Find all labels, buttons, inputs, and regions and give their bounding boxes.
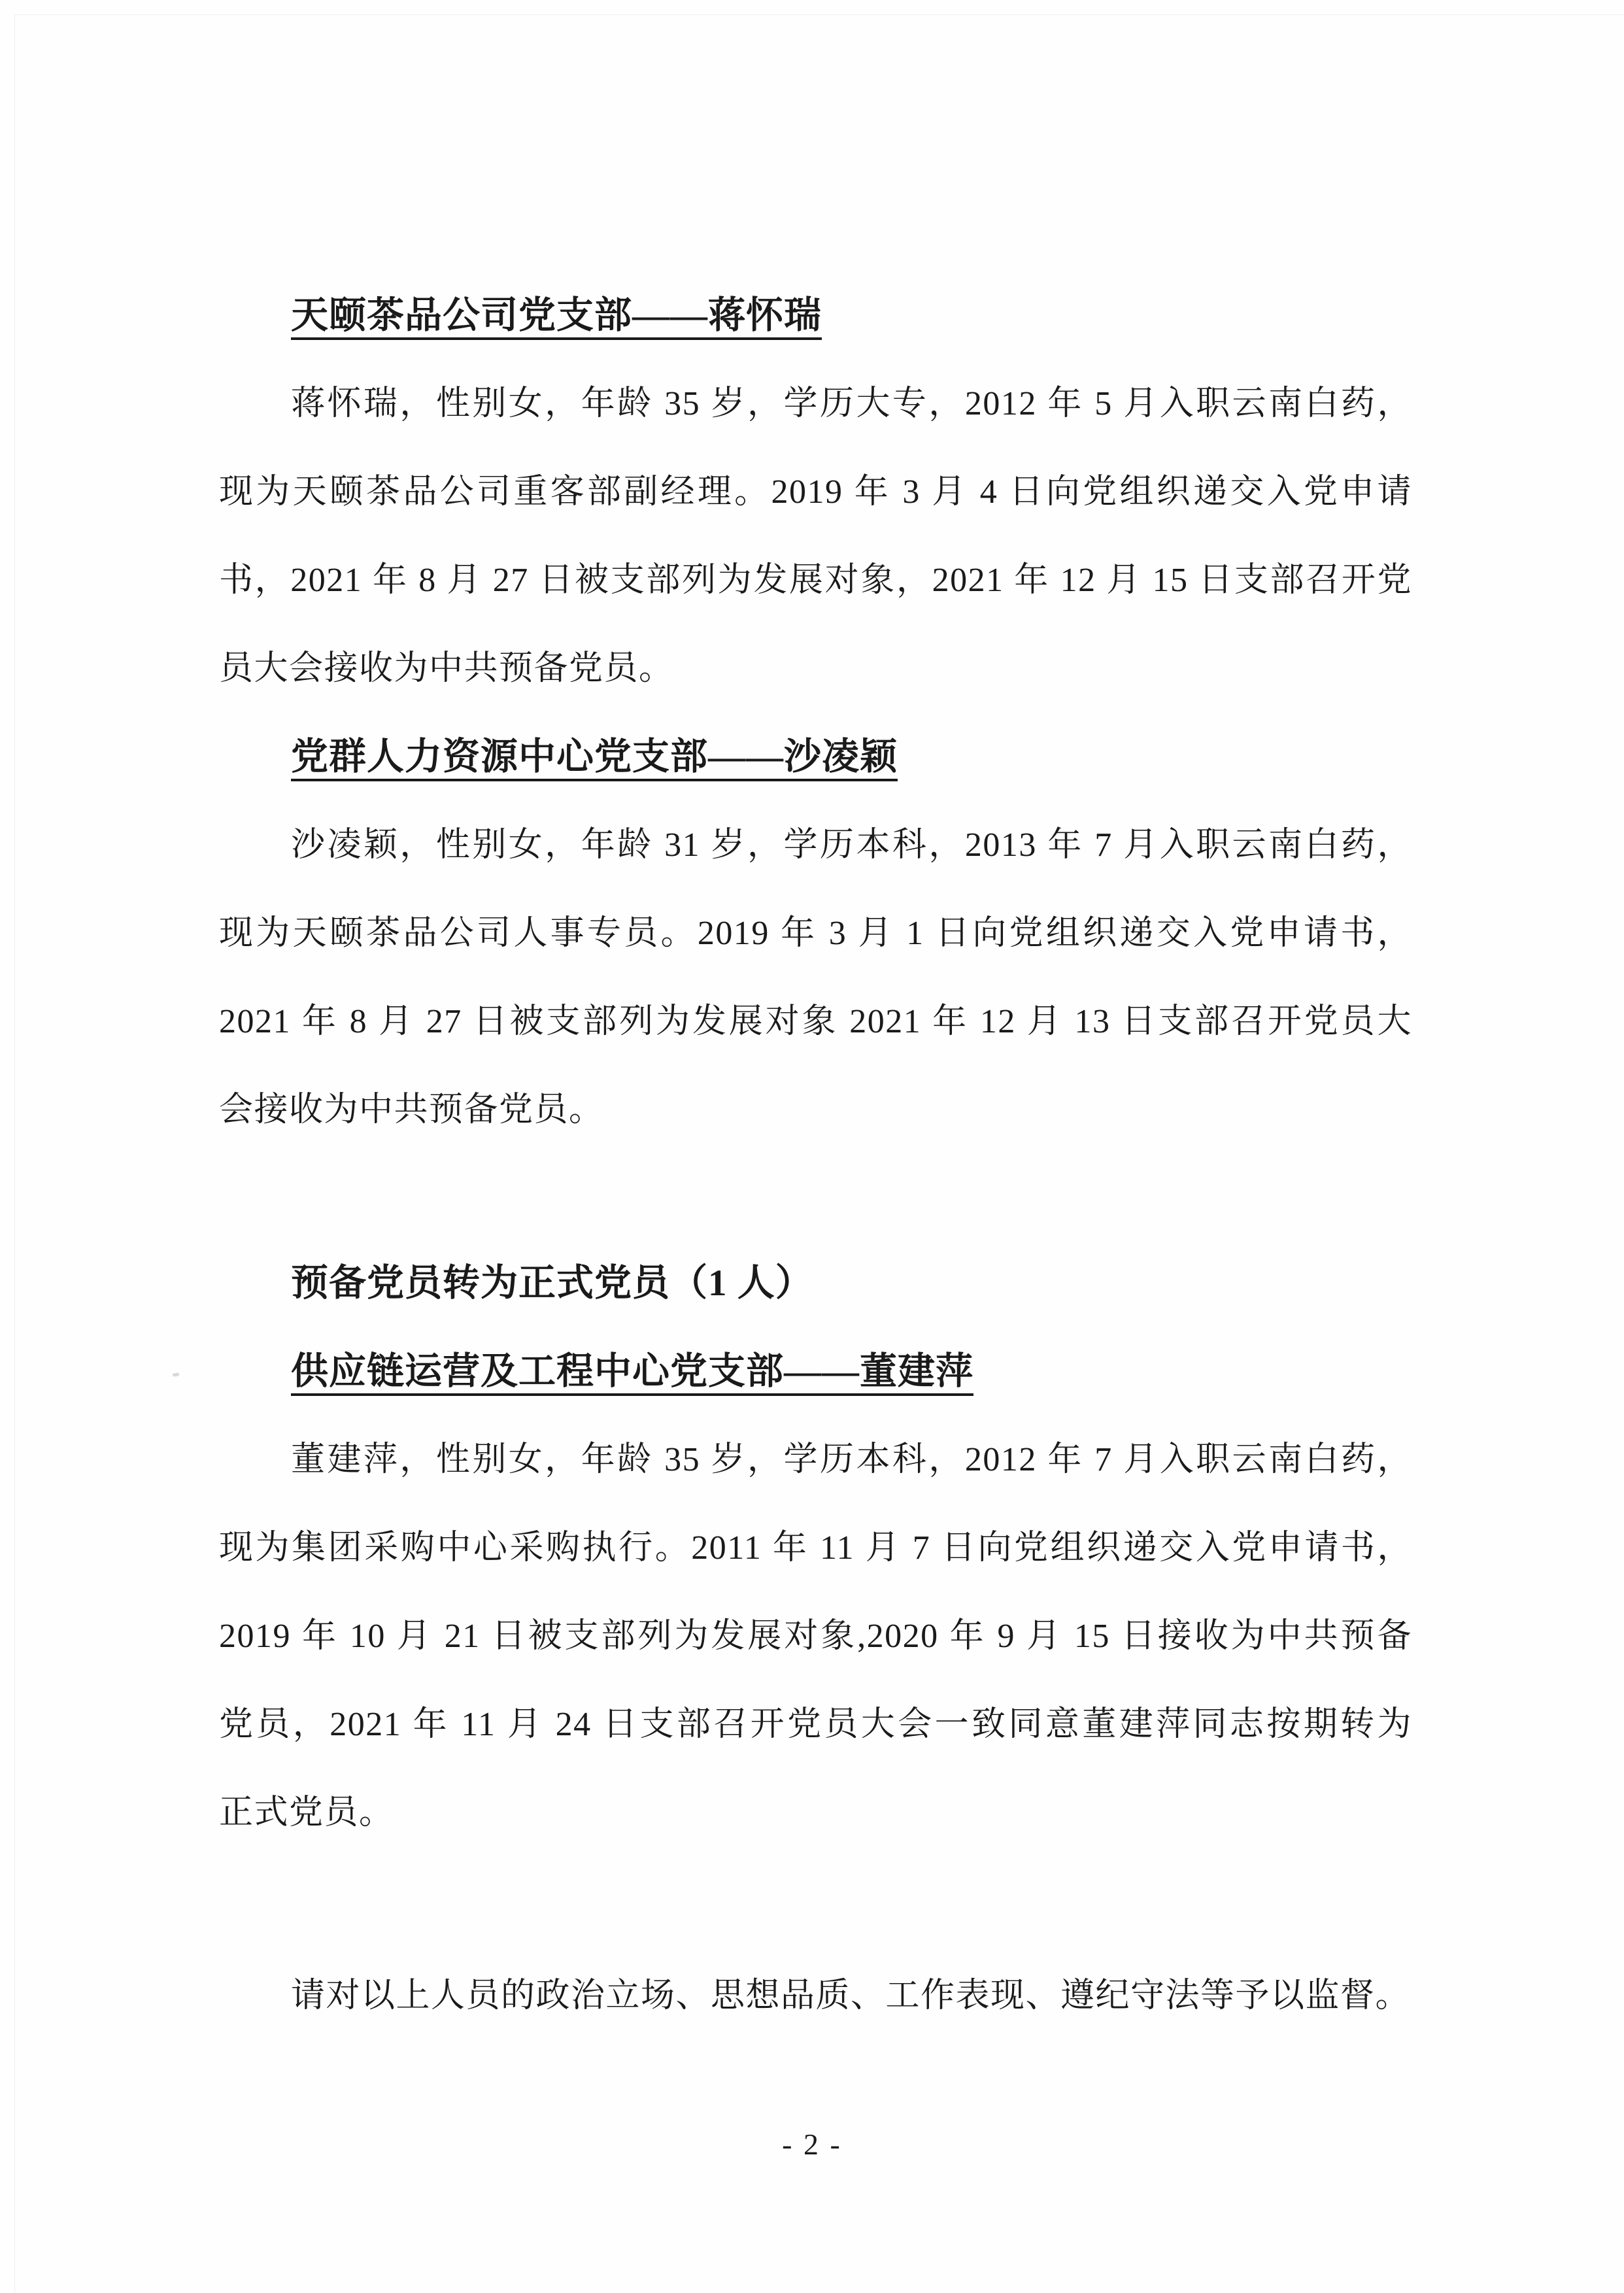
branch-heading: 天颐茶品公司党支部——蒋怀瑞 bbox=[219, 271, 1412, 360]
document-content: 天颐茶品公司党支部——蒋怀瑞蒋怀瑞，性别女，年龄 35 岁，学历大专，2012 … bbox=[219, 271, 1412, 2040]
text-line: 现为集团采购中心采购执行。2011 年 11 月 7 日向党组织递交入党申请书， bbox=[219, 1504, 1412, 1592]
branch-heading: 供应链运营及工程中心党支部——董建萍 bbox=[219, 1327, 1412, 1416]
text-line: 书，2021 年 8 月 27 日被支部列为发展对象，2021 年 12 月 1… bbox=[219, 536, 1412, 624]
text-line: 2019 年 10 月 21 日被支部列为发展对象,2020 年 9 月 15 … bbox=[219, 1592, 1412, 1680]
blank-line-spacer bbox=[219, 1154, 1412, 1239]
section-heading: 预备党员转为正式党员（1 人） bbox=[219, 1239, 1412, 1327]
branch-heading-text: 天颐茶品公司党支部——蒋怀瑞 bbox=[291, 295, 822, 336]
text-line: 正式党员。 bbox=[219, 1769, 1412, 1857]
scan-artifact bbox=[173, 1372, 180, 1376]
text-line: 党员，2021 年 11 月 24 日支部召开党员大会一致同意董建萍同志按期转为 bbox=[219, 1680, 1412, 1769]
branch-heading: 党群人力资源中心党支部——沙凌颖 bbox=[219, 713, 1412, 801]
page-number: - 2 - bbox=[782, 2128, 842, 2161]
page-footer: - 2 - bbox=[0, 2125, 1624, 2164]
text-line: 请对以上人员的政治立场、思想品质、工作表现、遵纪守法等予以监督。 bbox=[219, 1952, 1412, 2040]
blank-line-spacer bbox=[219, 1857, 1412, 1952]
text-line: 现为天颐茶品公司人事专员。2019 年 3 月 1 日向党组织递交入党申请书， bbox=[219, 889, 1412, 977]
text-line: 员大会接收为中共预备党员。 bbox=[219, 624, 1412, 713]
text-line: 沙凌颖，性别女，年龄 31 岁，学历本科，2013 年 7 月入职云南白药， bbox=[219, 801, 1412, 889]
text-line: 会接收为中共预备党员。 bbox=[219, 1066, 1412, 1154]
text-line: 2021 年 8 月 27 日被支部列为发展对象 2021 年 12 月 13 … bbox=[219, 977, 1412, 1066]
text-line: 蒋怀瑞，性别女，年龄 35 岁，学历大专，2012 年 5 月入职云南白药， bbox=[219, 360, 1412, 448]
branch-heading-text: 党群人力资源中心党支部——沙凌颖 bbox=[291, 736, 898, 777]
text-line: 董建萍，性别女，年龄 35 岁，学历本科，2012 年 7 月入职云南白药， bbox=[219, 1416, 1412, 1504]
text-line: 现为天颐茶品公司重客部副经理。2019 年 3 月 4 日向党组织递交入党申请 bbox=[219, 448, 1412, 536]
branch-heading-text: 供应链运营及工程中心党支部——董建萍 bbox=[291, 1351, 973, 1392]
document-page: 天颐茶品公司党支部——蒋怀瑞蒋怀瑞，性别女，年龄 35 岁，学历大专，2012 … bbox=[0, 0, 1624, 2293]
